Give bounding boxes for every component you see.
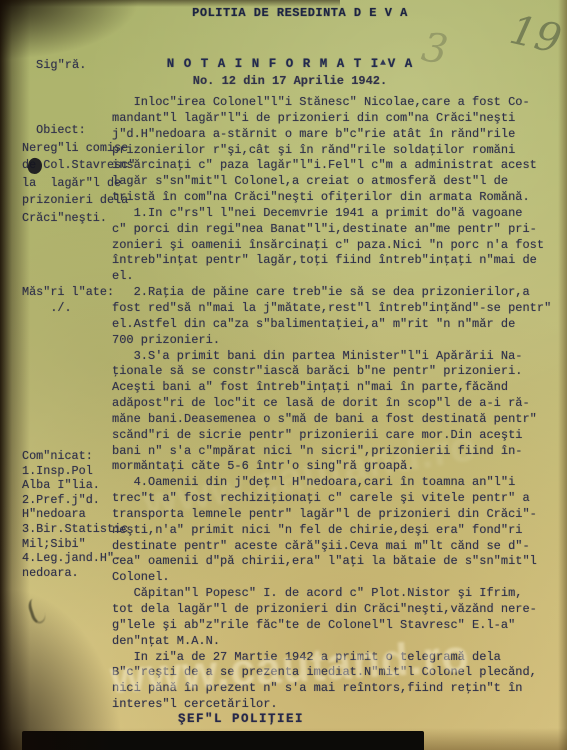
doc-number: No. 12 din 17 Aprilie 1942. — [140, 74, 440, 88]
signature-title: ŞEF"L POLIŢIEI — [178, 712, 304, 726]
handwritten-page-number: 19 — [505, 7, 565, 63]
classification-note: Sig"ră. — [36, 58, 86, 72]
triangle-ink-mark: ▲ — [380, 58, 386, 69]
scan-edge-top — [0, 0, 340, 7]
scan-corner-bottom-left — [0, 590, 120, 750]
issuer-heading: POLITIA DE RESEDINTA D E V A — [145, 6, 455, 20]
pencil-squiggle: 3 — [419, 24, 451, 73]
scan-edge-right — [558, 0, 567, 750]
scanned-document-page: www.cautand.ro POLITIA DE RESEDINTA D E … — [0, 0, 567, 750]
scan-corner-top-left — [0, 0, 140, 60]
doc-title: N O T A I N F O R M A T I V A — [140, 57, 440, 71]
body-text: Inloc"irea Colonel"l"i Stănesc" Nicolae,… — [112, 95, 564, 713]
